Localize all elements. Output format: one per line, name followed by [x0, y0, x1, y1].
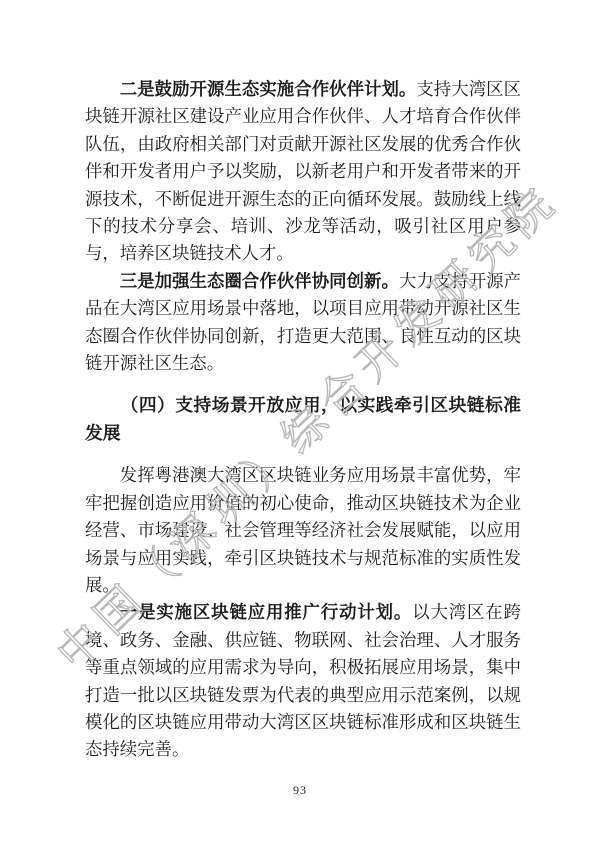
paragraph-lead-bold: 二是鼓励开源生态实施合作伙伴计划。	[120, 79, 417, 99]
paragraph-open-source-partner-plan: 二是鼓励开源生态实施合作伙伴计划。支持大湾区区块链开源社区建设产业应用合作伙伴、…	[85, 76, 521, 268]
paragraph-body-text: 发挥粤港澳大湾区区块链业务应用场景丰富优势，牢牢把握创造应用价值的初心使命，推动…	[85, 465, 521, 595]
page-content: 二是鼓励开源生态实施合作伙伴计划。支持大湾区区块链开源社区建设产业应用合作伙伴、…	[85, 76, 521, 764]
paragraph-ecosystem-collaboration: 三是加强生态圈合作伙伴协同创新。大力支持开源产品在大湾区应用场景中落地，以项目应…	[85, 268, 521, 378]
paragraph-application-promotion-plan: 一是实施区块链应用推广行动计划。以大湾区在跨境、政务、金融、供应链、物联网、社会…	[85, 599, 521, 763]
paragraph-lead-bold: 一是实施区块链应用推广行动计划。	[120, 602, 412, 622]
paragraph-application-scenarios: 发挥粤港澳大湾区区块链业务应用场景丰富优势，牢牢把握创造应用价值的初心使命，推动…	[85, 462, 521, 599]
paragraph-body-text: 以大湾区在跨境、政务、金融、供应链、物联网、社会治理、人才服务等重点领域的应用需…	[85, 602, 521, 759]
section-heading-four: （四）支持场景开放应用，以实践牵引区块链标准发展	[85, 392, 521, 447]
paragraph-lead-bold: 三是加强生态圈合作伙伴协同创新。	[120, 271, 399, 291]
page-footer: 93	[0, 781, 600, 799]
paragraph-body-text: 支持大湾区区块链开源社区建设产业应用合作伙伴、人才培育合作伙伴队伍，由政府相关部…	[85, 79, 521, 263]
document-page: 中国（深圳）综合开发研究院 二是鼓励开源生态实施合作伙伴计划。支持大湾区区块链开…	[0, 0, 600, 848]
page-number: 93	[293, 783, 307, 797]
